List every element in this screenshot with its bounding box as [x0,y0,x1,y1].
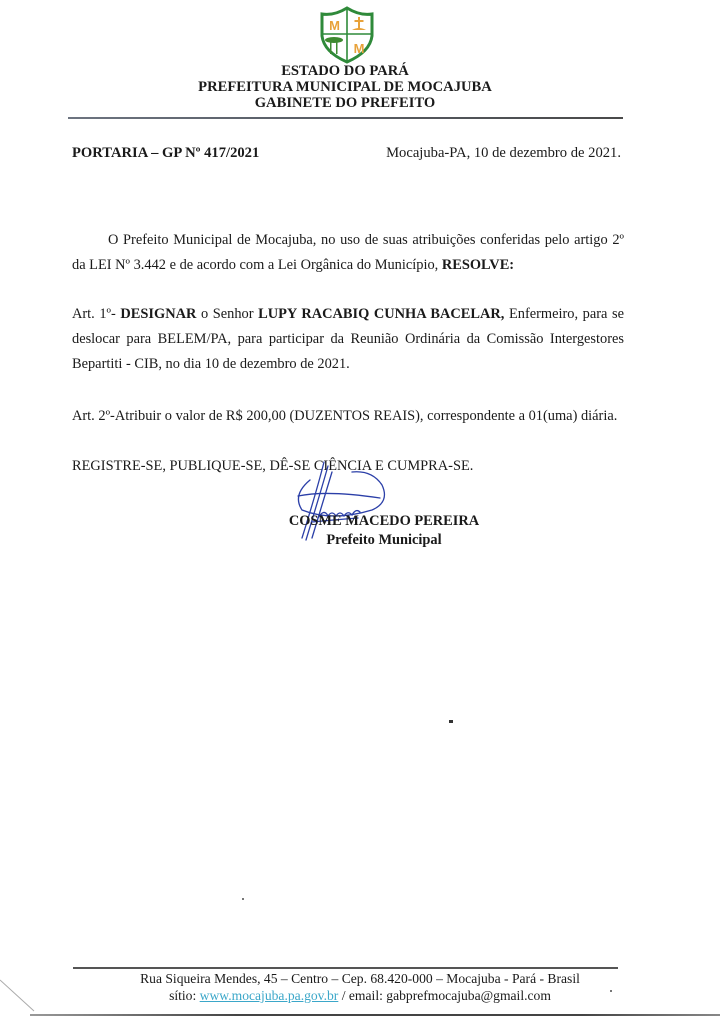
header-divider [68,117,623,119]
portaria-number: PORTARIA – GP Nº 417/2021 [72,145,259,162]
office-name: GABINETE DO PREFEITO [68,95,622,111]
letterhead: ESTADO DO PARÁ PREFEITURA MUNICIPAL DE M… [68,63,622,111]
footer: Rua Siqueira Mendes, 45 – Centro – Cep. … [60,970,660,1004]
footer-contact: sítio: www.mocajuba.pa.gov.br / email: g… [60,987,660,1004]
website-link[interactable]: www.mocajuba.pa.gov.br [200,988,339,1003]
article-1-verb: DESIGNAR [120,306,196,322]
footer-divider [73,967,618,969]
svg-text:M: M [354,41,365,56]
designee-name: LUPY RACABIQ CUNHA BACELAR, [258,306,504,322]
scan-speck [449,720,453,723]
article-1: Art. 1º- DESIGNAR o Senhor LUPY RACABIQ … [72,302,624,377]
scan-fold-mark-icon [0,975,40,1015]
document-page: M M ESTADO DO PARÁ PREFEITURA MUNICIPAL … [0,0,725,1024]
email-address: gabprefmocajuba@gmail.com [386,988,551,1003]
state-name: ESTADO DO PARÁ [68,63,622,79]
scan-speck [242,898,244,900]
email-label: / email: [338,988,386,1003]
signer-role: Prefeito Municipal [72,532,696,549]
city-hall-name: PREFEITURA MUNICIPAL DE MOCAJUBA [68,79,622,95]
municipal-coat-of-arms-icon: M M [316,6,378,64]
svg-text:M: M [329,18,340,33]
intro-paragraph: O Prefeito Municipal de Mocajuba, no uso… [72,228,624,278]
footer-address: Rua Siqueira Mendes, 45 – Centro – Cep. … [60,970,660,987]
scan-edge-line [30,1014,720,1016]
intro-text: O Prefeito Municipal de Mocajuba, no uso… [72,232,624,273]
article-1-mid: o Senhor [196,306,258,322]
site-label: sítio: [169,988,200,1003]
article-2: Art. 2º-Atribuir o valor de R$ 200,00 (D… [72,404,624,429]
resolve-label: RESOLVE: [442,257,514,273]
signer-name: COSME MACEDO PEREIRA [72,513,696,530]
article-1-prefix: Art. 1º- [72,306,120,322]
place-date: Mocajuba-PA, 10 de dezembro de 2021. [386,145,621,162]
